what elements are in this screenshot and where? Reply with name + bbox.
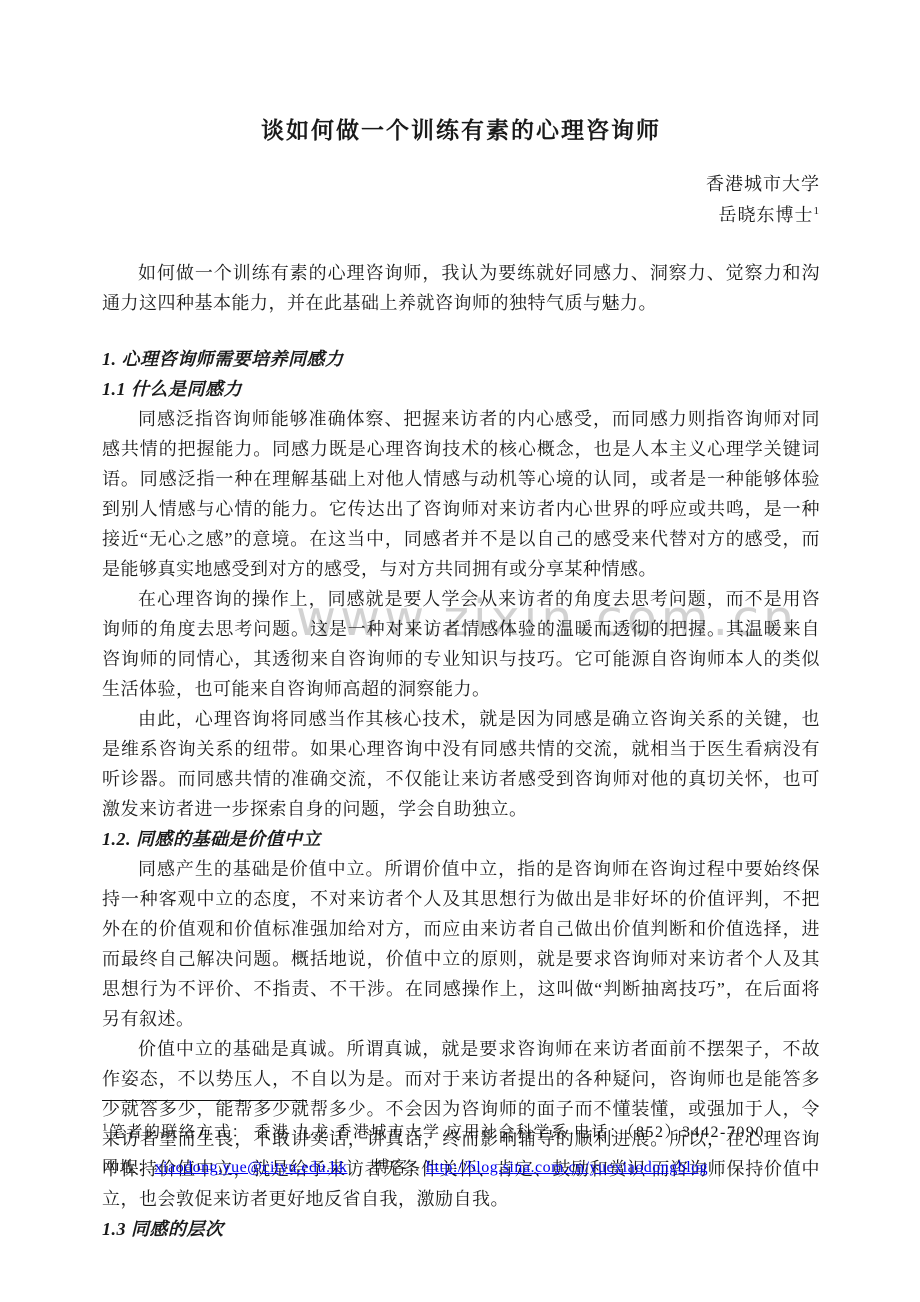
intro-paragraph: 如何做一个训练有素的心理咨询师，我认为要练就好同感力、洞察力、觉察力和沟通力这四… (102, 258, 820, 318)
footnote-mark: 1 (102, 1122, 109, 1134)
blog-link[interactable]: http://blog.sina.com.cn/yuexiaodongblog (426, 1159, 708, 1176)
footnote-line-1: 1笔者的联络方式： 香港 九龙 香港城市大学 应用社会科学系 电话：（852）3… (102, 1115, 820, 1150)
author-line: 岳晓东博士1 (102, 200, 820, 231)
page-title: 谈如何做一个训练有素的心理咨询师 (102, 112, 820, 145)
author-name: 岳晓东博士 (719, 205, 814, 225)
footnote-line-2: 网址：xiaodong.yue@cityu.edu.hk博客：http://bl… (102, 1150, 820, 1185)
section-heading-1: 1. 心理咨询师需要培养同感力 (102, 344, 820, 374)
paragraph: 由此，心理咨询将同感当作其核心技术，就是因为同感是确立咨询关系的关键，也是维系咨… (102, 704, 820, 824)
document-content: 谈如何做一个训练有素的心理咨询师 香港城市大学 岳晓东博士1 如何做一个训练有素… (102, 112, 820, 1244)
paragraph: 同感泛指咨询师能够准确体察、把握来访者的内心感受，而同感力则指咨询师对同感共情的… (102, 404, 820, 584)
footnote-contact-text: 笔者的联络方式： 香港 九龙 香港城市大学 应用社会科学系 电话：（852）34… (109, 1124, 765, 1141)
footnote-area: 1笔者的联络方式： 香港 九龙 香港城市大学 应用社会科学系 电话：（852）3… (102, 1100, 820, 1185)
blog-label: 博客： (374, 1159, 427, 1176)
footnote-separator (102, 1100, 307, 1101)
document-page: www.zixin.com.cn 谈如何做一个训练有素的心理咨询师 香港城市大学… (0, 0, 920, 1302)
body-text: 如何做一个训练有素的心理咨询师，我认为要练就好同感力、洞察力、觉察力和沟通力这四… (102, 258, 820, 1244)
email-link[interactable]: xiaodong.yue@cityu.edu.hk (155, 1159, 348, 1176)
section-heading-1-1: 1.1 什么是同感力 (102, 374, 820, 404)
section-heading-1-3: 1.3 同感的层次 (102, 1214, 820, 1244)
paragraph: 在心理咨询的操作上，同感就是要人学会从来访者的角度去思考问题，而不是用咨询师的角… (102, 584, 820, 704)
author-footnote-mark: 1 (814, 205, 821, 217)
affiliation: 香港城市大学 (102, 169, 820, 200)
web-label: 网址： (102, 1159, 155, 1176)
paragraph: 同感产生的基础是价值中立。所谓价值中立，指的是咨询师在咨询过程中要始终保持一种客… (102, 854, 820, 1034)
section-heading-1-2: 1.2. 同感的基础是价值中立 (102, 824, 820, 854)
